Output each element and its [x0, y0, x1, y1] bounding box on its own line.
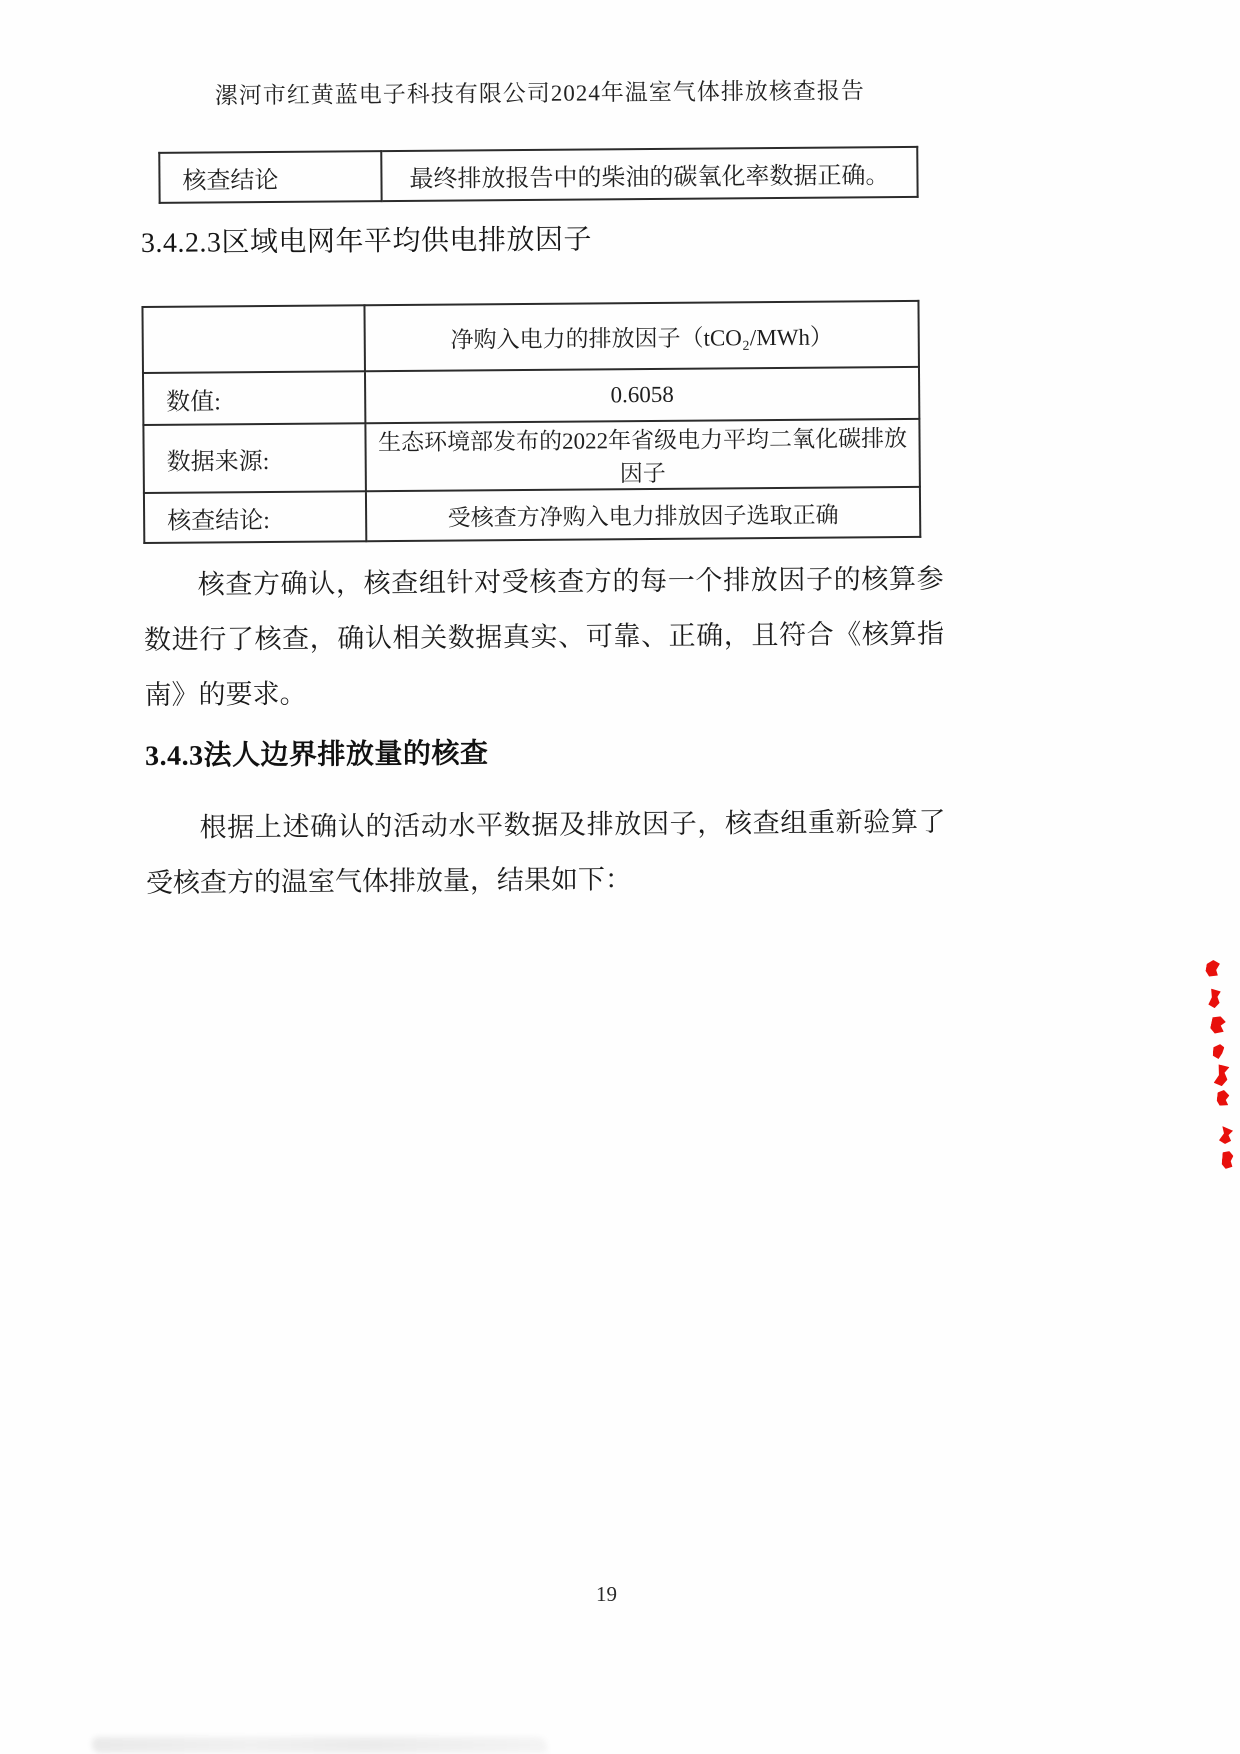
page-number: 19 — [596, 1582, 617, 1607]
red-stamp-fragment — [1221, 1151, 1234, 1170]
section-heading-3423: 3.4.2.3区域电网年平均供电排放因子 — [141, 220, 941, 262]
emission-table-source: 生态环境部发布的2022年省级电力平均二氧化碳排放因子 — [365, 419, 920, 491]
emission-table-value: 0.6058 — [365, 367, 919, 423]
emission-table-conclusion: 受核查方净购入电力排放因子选取正确 — [366, 487, 920, 541]
emission-table-header: 净购入电力的排放因子（tCO₂/MWh） — [364, 301, 919, 371]
document-header-title: 漯河市红黄蓝电子科技有限公司2024年温室气体排放核查报告 — [139, 0, 940, 110]
red-stamp-fragment — [1213, 1064, 1229, 1087]
table-row: 数值: 0.6058 — [143, 367, 919, 425]
red-stamp-fragment — [1218, 1126, 1233, 1145]
table-row: 核查结论: 受核查方净购入电力排放因子选取正确 — [144, 487, 920, 543]
recalculation-paragraph: 根据上述确认的活动水平数据及排放因子，核查组重新验算了受核查方的温室气体排放量，… — [145, 795, 946, 911]
table-row: 数据来源: 生态环境部发布的2022年省级电力平均二氧化碳排放因子 — [143, 419, 920, 493]
table-row: 净购入电力的排放因子（tCO₂/MWh） — [142, 301, 918, 373]
emission-table-empty-cell — [142, 305, 365, 373]
emission-table-conclusion-label: 核查结论: — [144, 491, 366, 543]
document-page: 漯河市红黄蓝电子科技有限公司2024年温室气体排放核查报告 核查结论 最终排放报… — [0, 0, 1240, 1754]
section-heading-343: 3.4.3法人边界排放量的核查 — [145, 733, 945, 775]
emission-table-value-label: 数值: — [143, 371, 365, 425]
red-stamp-fragment — [1205, 959, 1221, 978]
continuation-row-label: 核查结论 — [159, 151, 381, 203]
continuation-row-value: 最终排放报告中的柴油的碳氧化率数据正确。 — [381, 147, 917, 201]
emission-factor-table: 净购入电力的排放因子（tCO₂/MWh） 数值: 0.6058 数据来源: 生态… — [141, 300, 921, 544]
continuation-table: 核查结论 最终排放报告中的柴油的碳氧化率数据正确。 — [158, 146, 918, 204]
red-stamp-fragment — [1212, 1044, 1224, 1060]
table-row: 核查结论 最终排放报告中的柴油的碳氧化率数据正确。 — [159, 147, 917, 203]
red-stamp-fragment — [1216, 1089, 1230, 1106]
red-stamp-fragment — [1208, 988, 1221, 1008]
scan-smudge — [92, 1737, 547, 1753]
red-stamp-fragment — [1209, 1015, 1226, 1036]
verification-confirmation-paragraph: 核查方确认，核查组针对受核查方的每一个排放因子的核算参数进行了核查，确认相关数据… — [143, 552, 944, 723]
document-content: 漯河市红黄蓝电子科技有限公司2024年温室气体排放核查报告 核查结论 最终排放报… — [139, 0, 946, 911]
emission-table-source-label: 数据来源: — [143, 423, 366, 493]
